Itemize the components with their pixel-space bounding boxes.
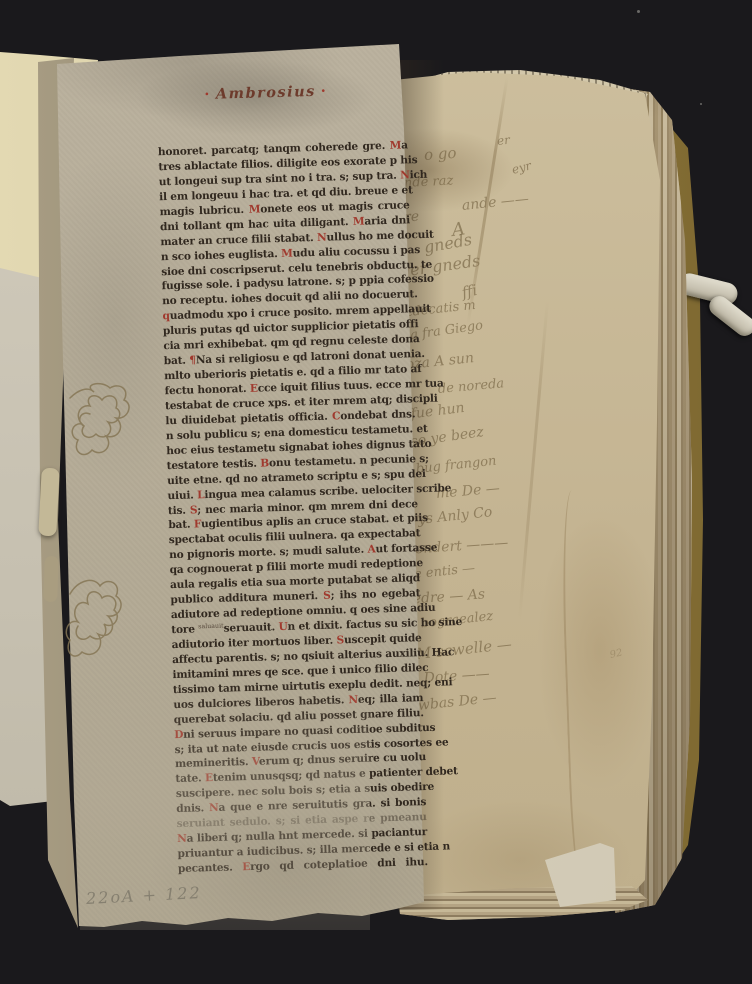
rubric-dot-right: · xyxy=(316,82,333,99)
running-title-text: Ambrosius xyxy=(216,83,316,103)
pen-trial-doodle-lower xyxy=(64,574,128,668)
handwriting-word: eyr xyxy=(510,158,532,176)
photo-of-open-manuscript: ero goeyrnde razande ——freAgnedsder gned… xyxy=(0,0,752,984)
rubric-dot-left: · xyxy=(199,86,216,103)
dust-speck xyxy=(637,10,640,13)
running-title: ·Ambrosius· xyxy=(199,82,332,103)
text-block: honoret. parcatq; tanqm coherede gre. Ma… xyxy=(158,138,428,877)
sewing-support xyxy=(38,468,60,537)
pen-trial-doodle-upper xyxy=(68,382,134,464)
handwriting-word: 92 xyxy=(609,647,624,660)
handwriting-word: ande —— xyxy=(461,191,529,214)
sewing-support-lower xyxy=(43,556,59,602)
dust-speck xyxy=(700,103,702,105)
leaf-content: ·Ambrosius· honoret. parcatq; tanqm cohe… xyxy=(60,37,465,947)
